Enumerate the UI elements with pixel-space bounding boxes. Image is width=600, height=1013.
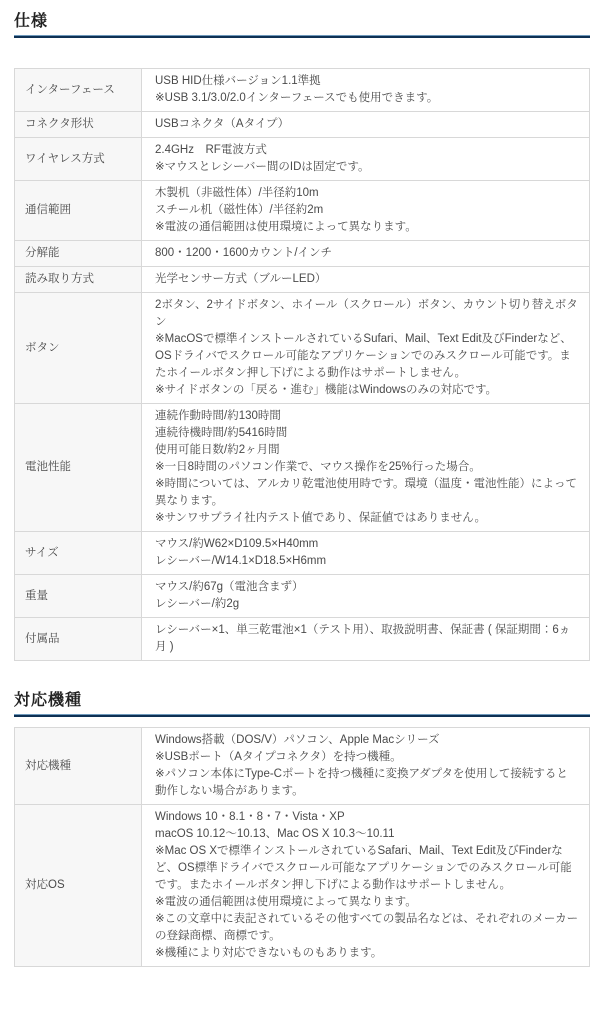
spec-value-line: 連続作動時間/約130時間 xyxy=(155,408,579,425)
spec-value-line: ※サイドボタンの「戻る・進む」機能はWindowsのみの対応です。 xyxy=(155,382,579,399)
spec-value-line: 木製机（非磁性体）/半径約10m xyxy=(155,185,579,202)
spec-row-value: 光学センサー方式（ブルーLED） xyxy=(142,267,590,293)
spec-row: ボタン2ボタン、2サイドボタン、ホイール（スクロール）ボタン、カウント切り替えボ… xyxy=(15,293,590,404)
section-title-underline xyxy=(14,714,590,717)
spec-value-line: USB HID仕様バージョン1.1準拠 xyxy=(155,73,579,90)
spec-row: 付属品レシーバー×1、単三乾電池×1（テスト用）、取扱説明書、保証書 ( 保証期… xyxy=(15,618,590,661)
spec-value-line: ※機種により対応できないものもあります。 xyxy=(155,945,579,962)
spec-value-line: ※一日8時間のパソコン作業で、マウス操作を25%行った場合。 xyxy=(155,459,579,476)
spec-value-line: Windows 10・8.1・8・7・Vista・XP xyxy=(155,809,579,826)
spec-row-label: 付属品 xyxy=(15,618,142,661)
spec-row-label: 対応OS xyxy=(15,805,142,967)
spec-value-line: ※時間については、アルカリ乾電池使用時です。環境（温度・電池性能）によって異なり… xyxy=(155,476,579,510)
spec-value-line: ※USBポート（Aタイプコネクタ）を持つ機種。 xyxy=(155,749,579,766)
section-title-compatible-models: 対応機種 xyxy=(14,687,590,714)
spec-value-line: 800・1200・1600カウント/インチ xyxy=(155,245,579,262)
spec-row-label: ワイヤレス方式 xyxy=(15,138,142,181)
spec-value-line: レシーバー×1、単三乾電池×1（テスト用）、取扱説明書、保証書 ( 保証期間：6… xyxy=(155,622,579,656)
spec-value-line: 使用可能日数/約2ヶ月間 xyxy=(155,442,579,459)
spec-value-line: マウス/約67g（電池含まず） xyxy=(155,579,579,596)
spec-value-line: ※サンワサプライ社内テスト値であり、保証値ではありません。 xyxy=(155,510,579,527)
spec-row-value: マウス/約67g（電池含まず）レシーバー/約2g xyxy=(142,575,590,618)
spec-page: 仕様 インターフェースUSB HID仕様バージョン1.1準拠※USB 3.1/3… xyxy=(0,0,600,1013)
spec-row-label: 通信範囲 xyxy=(15,181,142,241)
spec-value-line: 光学センサー方式（ブルーLED） xyxy=(155,271,579,288)
spec-row-value: 木製机（非磁性体）/半径約10mスチール机（磁性体）/半径約2m※電波の通信範囲… xyxy=(142,181,590,241)
spec-row: インターフェースUSB HID仕様バージョン1.1準拠※USB 3.1/3.0/… xyxy=(15,69,590,112)
spec-row-label: 分解能 xyxy=(15,241,142,267)
spec-row-label: コネクタ形状 xyxy=(15,112,142,138)
spec-value-line: USBコネクタ（Aタイプ） xyxy=(155,116,579,133)
spec-row: 通信範囲木製机（非磁性体）/半径約10mスチール机（磁性体）/半径約2m※電波の… xyxy=(15,181,590,241)
spec-value-line: ※電波の通信範囲は使用環境によって異なります。 xyxy=(155,894,579,911)
spec-value-line: 連続待機時間/約5416時間 xyxy=(155,425,579,442)
spec-row-value: レシーバー×1、単三乾電池×1（テスト用）、取扱説明書、保証書 ( 保証期間：6… xyxy=(142,618,590,661)
spec-value-line: レシーバー/W14.1×D18.5×H6mm xyxy=(155,553,579,570)
spec-row-label: 対応機種 xyxy=(15,728,142,805)
spec-value-line: ※MacOSで標準インストールされているSufari、Mail、Text Edi… xyxy=(155,331,579,382)
spec-row: 分解能800・1200・1600カウント/インチ xyxy=(15,241,590,267)
specifications-table: インターフェースUSB HID仕様バージョン1.1準拠※USB 3.1/3.0/… xyxy=(14,68,590,661)
spec-row-label: 読み取り方式 xyxy=(15,267,142,293)
spec-value-line: ※USB 3.1/3.0/2.0インターフェースでも使用できます。 xyxy=(155,90,579,107)
spec-value-line: スチール机（磁性体）/半径約2m xyxy=(155,202,579,219)
spec-row-value: マウス/約W62×D109.5×H40mmレシーバー/W14.1×D18.5×H… xyxy=(142,532,590,575)
spec-row-value: Windows搭載（DOS/V）パソコン、Apple Macシリーズ※USBポー… xyxy=(142,728,590,805)
spec-row-value: Windows 10・8.1・8・7・Vista・XPmacOS 10.12～1… xyxy=(142,805,590,967)
spec-row-label: 重量 xyxy=(15,575,142,618)
section-header: 仕様 xyxy=(14,8,590,38)
spec-row-value: 2ボタン、2サイドボタン、ホイール（スクロール）ボタン、カウント切り替えボタン※… xyxy=(142,293,590,404)
spec-row: 電池性能連続作動時間/約130時間連続待機時間/約5416時間使用可能日数/約2… xyxy=(15,404,590,532)
spec-value-line: 2ボタン、2サイドボタン、ホイール（スクロール）ボタン、カウント切り替えボタン xyxy=(155,297,579,331)
section-title-specifications: 仕様 xyxy=(14,8,590,35)
spec-row-label: サイズ xyxy=(15,532,142,575)
spec-row-label: 電池性能 xyxy=(15,404,142,532)
spec-value-line: ※この文章中に表記されているその他すべての製品名などは、それぞれのメーカーの登録… xyxy=(155,911,579,945)
section-header: 対応機種 xyxy=(14,687,590,717)
spec-value-line: macOS 10.12～10.13、Mac OS X 10.3～10.11 xyxy=(155,826,579,843)
spec-row: コネクタ形状USBコネクタ（Aタイプ） xyxy=(15,112,590,138)
section-title-underline xyxy=(14,35,590,38)
spec-value-line: ※マウスとレシーバー間のIDは固定です。 xyxy=(155,159,579,176)
section-specifications: 仕様 インターフェースUSB HID仕様バージョン1.1準拠※USB 3.1/3… xyxy=(14,8,590,661)
spec-row-value: USB HID仕様バージョン1.1準拠※USB 3.1/3.0/2.0インターフ… xyxy=(142,69,590,112)
spec-value-line: ※Mac OS Xで標準インストールされているSafari、Mail、Text … xyxy=(155,843,579,894)
spec-value-line: ※パソコン本体にType-Cポートを持つ機種に変換アダプタを使用して接続すると動… xyxy=(155,766,579,800)
spec-row-value: 800・1200・1600カウント/インチ xyxy=(142,241,590,267)
spec-value-line: 2.4GHz RF電波方式 xyxy=(155,142,579,159)
spec-row: サイズマウス/約W62×D109.5×H40mmレシーバー/W14.1×D18.… xyxy=(15,532,590,575)
spec-row: 重量マウス/約67g（電池含まず）レシーバー/約2g xyxy=(15,575,590,618)
spec-row: 読み取り方式光学センサー方式（ブルーLED） xyxy=(15,267,590,293)
spec-value-line: Windows搭載（DOS/V）パソコン、Apple Macシリーズ xyxy=(155,732,579,749)
spec-row-value: USBコネクタ（Aタイプ） xyxy=(142,112,590,138)
spec-row: 対応OSWindows 10・8.1・8・7・Vista・XPmacOS 10.… xyxy=(15,805,590,967)
spec-value-line: レシーバー/約2g xyxy=(155,596,579,613)
section-compatible-models: 対応機種 対応機種Windows搭載（DOS/V）パソコン、Apple Macシ… xyxy=(14,687,590,967)
spec-row-value: 2.4GHz RF電波方式※マウスとレシーバー間のIDは固定です。 xyxy=(142,138,590,181)
spec-row-label: インターフェース xyxy=(15,69,142,112)
spec-row-value: 連続作動時間/約130時間連続待機時間/約5416時間使用可能日数/約2ヶ月間※… xyxy=(142,404,590,532)
spec-row: 対応機種Windows搭載（DOS/V）パソコン、Apple Macシリーズ※U… xyxy=(15,728,590,805)
spec-value-line: マウス/約W62×D109.5×H40mm xyxy=(155,536,579,553)
spec-row-label: ボタン xyxy=(15,293,142,404)
compatible-models-table: 対応機種Windows搭載（DOS/V）パソコン、Apple Macシリーズ※U… xyxy=(14,727,590,967)
spec-row: ワイヤレス方式2.4GHz RF電波方式※マウスとレシーバー間のIDは固定です。 xyxy=(15,138,590,181)
spec-value-line: ※電波の通信範囲は使用環境によって異なります。 xyxy=(155,219,579,236)
